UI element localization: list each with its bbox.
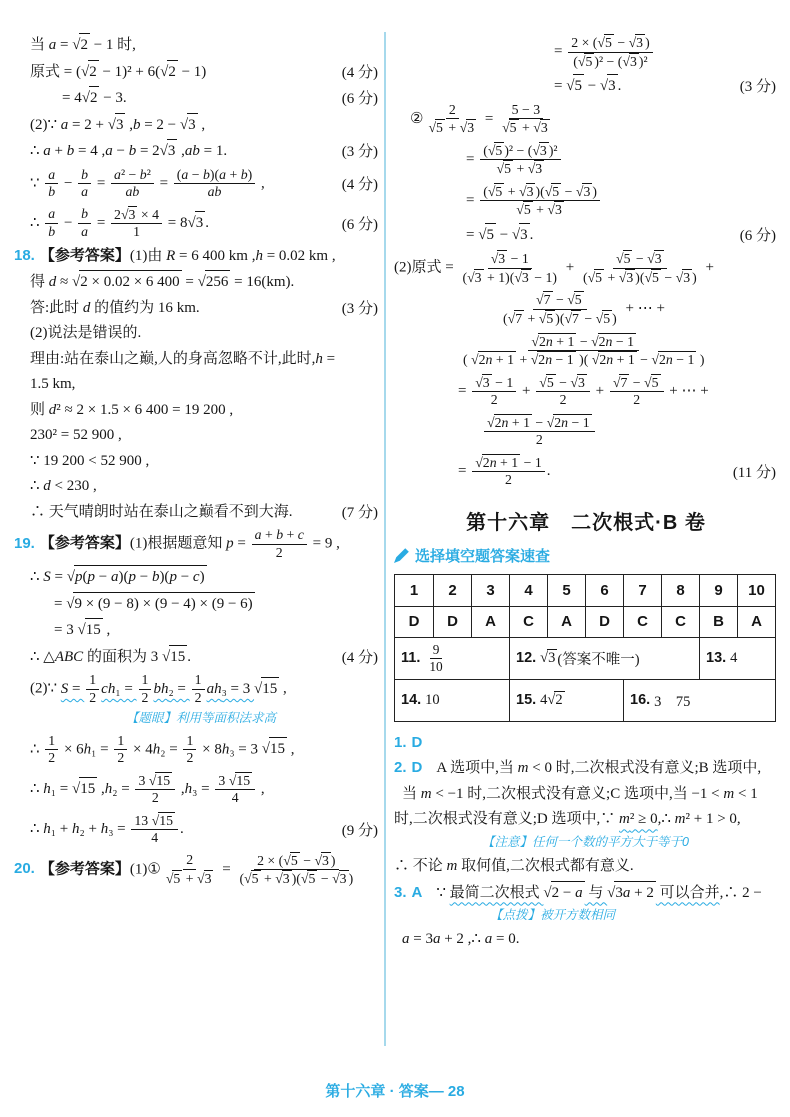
radical: √2 (160, 60, 178, 84)
score-points: (7 分) (336, 501, 380, 522)
math-line: 则 d² ≈ 2 × 1.5 × 6 400 = 19 200 , (14, 399, 380, 422)
fraction: √5 − √3(√5 + √3)(√5 − √3) (580, 250, 700, 286)
radical: √7 (536, 291, 552, 309)
line-text: (2)原式 = √3 − 1(√3 + 1)(√3 − 1) + √5 − √3… (394, 249, 778, 287)
math-line: ∴ ab − ba = 2√3 × 41 = 8√3.(6 分) (14, 205, 380, 242)
page-footer: 第十六章 · 答案— 28 (0, 1080, 790, 1101)
radical: √3 (540, 649, 557, 667)
radical: √5 (244, 870, 260, 888)
score-points: (4 分) (336, 61, 380, 82)
radical: √3a + 2 (607, 881, 656, 905)
radical: √3 (514, 269, 530, 287)
line-text: 得 d ≈ √2 × 0.02 × 6 400 = √256 = 16(km). (14, 270, 380, 294)
table-header-cell: 10 (737, 575, 775, 606)
radical: √2n − 1 (591, 333, 636, 351)
answer-item-line: 20.【参考答案】(1)①2√5 + √3 = 2 × (√5 − √3)(√5… (14, 851, 380, 889)
radical: √3 (619, 269, 635, 287)
teacher-note: 【点拨】被开方数相同 (394, 907, 778, 923)
radical: √3 (532, 142, 548, 160)
teacher-note: 【题眼】利用等面积法求高 (14, 710, 380, 726)
table-header-cell: 7 (623, 575, 661, 606)
radical: √5 (644, 269, 660, 287)
radical: √3 (197, 870, 213, 888)
line-text: ∴ 不论 m 取何值,二次根式都有意义. (394, 855, 778, 878)
table-fill-cell: 16.3 75 (623, 679, 775, 721)
table-answer-cell: D (395, 606, 433, 637)
line-text: = √5 − √3. (394, 74, 734, 98)
line-text: √2n + 1 − √2n − 1( √2n + 1 + √2n − 1 )( … (394, 332, 778, 370)
radical: √15 (77, 618, 102, 642)
score-points: (3 分) (336, 140, 380, 161)
line-text: = √5 − √3. (394, 223, 734, 247)
radical: √5 (566, 74, 584, 98)
line-text: 1.D (394, 732, 778, 755)
score-points: (11 分) (727, 461, 778, 482)
math-line: ∴ △ABC 的面积为 3 √15.(4 分) (14, 645, 380, 669)
line-text: = 3 √15 , (14, 618, 380, 642)
radical: √3 (475, 374, 491, 392)
line-text: ∵ 19 200 < 52 900 , (14, 450, 380, 473)
fraction: √2n + 1 − √2n − 1( √2n + 1 + √2n − 1 )( … (460, 333, 707, 369)
line-text: 理由:站在泰山之巅,人的身高忽略不计,此时,h = (14, 348, 380, 371)
line-text: (2)说法是错误的. (14, 322, 380, 345)
line-text: ∴ h₁ = √15 ,h₂ = 3 √152 ,h₃ = 3 √154 , (14, 771, 380, 808)
radical: √256 (198, 270, 231, 294)
fraction: 2 × (√5 − √3)(√5)² − (√3)² (568, 34, 652, 70)
line-text: 3.A∵ 最简二次根式 √2 − a 与 √3a + 2 可以合并,∴ 2 − (394, 881, 778, 905)
question-number: 18. (14, 247, 35, 264)
radical: √7 (564, 310, 580, 328)
radical: √5 (616, 250, 632, 268)
table-answer-cell: C (623, 606, 661, 637)
math-line: ∴ h₁ + h₂ + h₃ = 13 √154.(9 分) (14, 811, 380, 848)
radical: √3 (275, 870, 291, 888)
fraction: 910 (426, 642, 445, 675)
fraction: 12 (192, 672, 205, 706)
question-number: 20. (14, 860, 35, 877)
question-number: 13. (706, 650, 726, 666)
score-points: (6 分) (734, 224, 778, 245)
line-text: = √9 × (9 − 8) × (9 − 4) × (9 − 6) (14, 592, 380, 616)
table-header-cell: 8 (661, 575, 699, 606)
table-fill-cell: 12.√3(答案不唯一) (509, 637, 699, 679)
answer-item-line: 1.D (394, 732, 778, 755)
line-text: 19.【参考答案】(1)根据题意知 p = a + b + c2 = 9 , (14, 526, 380, 562)
line-text: ∴ ab − ba = 2√3 × 41 = 8√3. (14, 205, 336, 242)
score-points: (4 分) (336, 646, 380, 667)
line-text: 当 a = √2 − 1 时, (14, 33, 380, 57)
chapter-title: 第十六章 二次根式·B 卷 (394, 506, 778, 535)
math-line: = √9 × (9 − 8) × (9 − 4) × (9 − 6) (14, 592, 380, 616)
question-number: 2. (394, 759, 407, 776)
question-number: 3. (394, 884, 407, 901)
radical: √5 (644, 374, 660, 392)
fraction: ab (45, 167, 58, 201)
fraction: 12 (183, 733, 196, 767)
math-line: = √3 − 12 + √5 − √32 + √7 − √52 + ⋯ + (394, 373, 778, 410)
radical: √2n − 1 (531, 351, 576, 369)
line-text: 230² = 52 900 , (14, 424, 380, 447)
table-fill-cell: 13.4 (699, 637, 775, 679)
fraction: 3 √154 (215, 772, 255, 807)
line-text: (2)∵ a = 2 + √3 ,b = 2 − √3 , (14, 113, 380, 137)
math-line: = 3 √15 , (14, 618, 380, 642)
teacher-note: 【注意】任何一个数的平方大于等于0 (394, 834, 778, 850)
line-text: a = 3a + 2 ,∴ a = 0. (394, 928, 778, 951)
line-text: ∴ h₁ + h₂ + h₃ = 13 √154. (14, 811, 336, 848)
line-text: ∴ △ABC 的面积为 3 √15. (14, 645, 336, 669)
table-answer-cell: C (509, 606, 547, 637)
math-line: = √2n + 1 − 12.(11 分) (394, 453, 778, 490)
math-line: 230² = 52 900 , (14, 424, 380, 447)
radical: √3 (121, 206, 137, 224)
table-header-cell: 6 (585, 575, 623, 606)
fraction: √7 − √52 (610, 374, 664, 409)
answer-letter: A (412, 884, 423, 901)
table-fill-cell: 15.4√2 (509, 679, 623, 721)
math-line: 原式 = (√2 − 1)² + 6(√2 − 1)(4 分) (14, 60, 380, 84)
answer-quick-table: 12345678910DDACADCCBA11.91012.√3(答案不唯一)1… (394, 574, 776, 722)
column-divider (384, 32, 386, 1046)
fraction: 5 − 3√5 + √3 (499, 102, 553, 137)
radical: √5 (478, 223, 496, 247)
math-line: √7 − √5(√7 + √5)(√7 − √5) + ⋯ + (394, 290, 778, 328)
math-line: = 2 × (√5 − √3)(√5)² − (√3)² (394, 33, 778, 71)
line-text: 时,二次根式没有意义;D 选项中,∵ m² ≥ 0,∴ m² + 1 > 0, (394, 808, 778, 831)
line-text: 答:此时 d 的值约为 16 km. (14, 297, 336, 320)
answer-item-line: 3.A∵ 最简二次根式 √2 − a 与 √3a + 2 可以合并,∴ 2 − (394, 881, 778, 905)
math-line: 理由:站在泰山之巅,人的身高忽略不计,此时,h = (14, 348, 380, 371)
line-text: 则 d² ≈ 2 × 1.5 × 6 400 = 19 200 , (14, 399, 380, 422)
question-number: 16. (630, 692, 650, 708)
line-text: ∴ 12 × 6h₁ = 12 × 4h₂ = 12 × 8h₃ = 3 √15… (14, 732, 380, 768)
radical: √2 − a (543, 881, 584, 905)
left-column: 当 a = √2 − 1 时,原式 = (√2 − 1)² + 6(√2 − 1… (14, 30, 380, 1070)
wavy-underline: S = 12ch₁ = 12bh₂ = 12ah₃ = 3 √15 (61, 681, 279, 697)
line-text: 2.DA 选项中,当 m < 0 时,二次根式没有意义;B 选项中, (394, 757, 778, 780)
question-number: 15. (516, 692, 536, 708)
math-line: ∴ h₁ = √15 ,h₂ = 3 √152 ,h₃ = 3 √154 , (14, 771, 380, 808)
math-line: (2)说法是错误的. (14, 322, 380, 345)
table-answer-cell: A (737, 606, 775, 637)
math-line: 得 d ≈ √2 × 0.02 × 6 400 = √256 = 16(km). (14, 270, 380, 294)
table-header-cell: 4 (509, 575, 547, 606)
line-text: = 4√2 − 3. (14, 86, 336, 110)
math-line: 当 a = √2 − 1 时, (14, 33, 380, 57)
radical: √2n + 1 (531, 333, 576, 351)
table-fill-cell: 11.910 (395, 637, 509, 679)
fraction: √2n + 1 − 12 (472, 454, 545, 489)
radical: √5 (545, 183, 561, 201)
fraction: a + b + c2 (252, 527, 307, 561)
fraction: √5 − √32 (536, 374, 590, 409)
radical: √5 (588, 269, 604, 287)
fraction: 3 √152 (135, 772, 175, 807)
radical: √5 (283, 852, 299, 870)
radical: √15 (254, 677, 279, 701)
radical: √5 (497, 160, 513, 178)
fraction: √3 − 12 (472, 374, 516, 409)
table-answer-cell: D (585, 606, 623, 637)
line-text: = (√5 + √3)(√5 − √3)√5 + √3 (394, 182, 778, 220)
fraction: √3 − 1(√3 + 1)(√3 − 1) (459, 250, 560, 286)
answer-letter: D (412, 734, 423, 751)
right-column: = 2 × (√5 − √3)(√5)² − (√3)²= √5 − √3.(3… (390, 30, 778, 1070)
radical: √3 (314, 852, 330, 870)
fraction: 12 (114, 733, 127, 767)
radical: √3 (519, 183, 535, 201)
line-text: 1.5 km, (14, 373, 380, 396)
line-text: 18.【参考答案】(1)由 R = 6 400 km ,h = 0.02 km … (14, 245, 380, 268)
score-points: (9 分) (336, 819, 380, 840)
math-line: ∴ 天气晴朗时站在泰山之巅看不到大海.(7 分) (14, 501, 380, 524)
math-line: ②2√5 + √3 = 5 − 3√5 + √3 (394, 101, 778, 138)
math-line: (2)∵ a = 2 + √3 ,b = 2 − √3 , (14, 113, 380, 137)
radical: √2n − 1 (547, 414, 592, 432)
math-line: 当 m < −1 时,二次根式没有意义;C 选项中,当 −1 < m < 1 (394, 783, 778, 806)
score-points: (6 分) (336, 213, 380, 234)
radical: √15 (262, 737, 287, 761)
wavy-underline: m² ≥ 0 (619, 811, 658, 827)
fraction: 12 (45, 733, 58, 767)
answer-page: 当 a = √2 − 1 时,原式 = (√2 − 1)² + 6(√2 − 1… (0, 0, 790, 1117)
radical: √3 (533, 119, 549, 137)
radical: √5 (301, 870, 317, 888)
line-text: ②2√5 + √3 = 5 − 3√5 + √3 (394, 101, 778, 138)
fraction: 13 √154 (131, 812, 178, 847)
fraction: ba (78, 206, 91, 240)
radical: √2 (72, 33, 90, 57)
radical: √5 (166, 870, 182, 888)
quick-check-header: 选择填空题答案速查 (394, 545, 778, 566)
radical: √5 (488, 142, 504, 160)
math-line: ∴ S = √p(p − a)(p − b)(p − c) (14, 565, 380, 589)
math-line: ∴ d < 230 , (14, 475, 380, 498)
table-answer-cell: C (661, 606, 699, 637)
line-text: 原式 = (√2 − 1)² + 6(√2 − 1) (14, 60, 336, 84)
wavy-underline: 最简二次根式 √2 − a 与 √3a + 2 可以合并 (450, 885, 720, 901)
table-header-cell: 5 (547, 575, 585, 606)
radical: √3 (547, 201, 563, 219)
radical: √3 (570, 374, 586, 392)
radical: √5 (539, 374, 555, 392)
radical: √5 (488, 183, 504, 201)
fraction: 2√5 + √3 (163, 852, 217, 887)
radical: √15 (149, 772, 172, 790)
math-line: ∴ a + b = 4 ,a − b = 2√3 ,ab = 1.(3 分) (14, 139, 380, 163)
math-line: ∵ 19 200 < 52 900 , (14, 450, 380, 473)
radical: √2 (82, 86, 100, 110)
line-text: = 2 × (√5 − √3)(√5)² − (√3)² (394, 33, 778, 71)
math-line: ∵ ab − ba = a² − b²ab = (a − b)(a + b)ab… (14, 166, 380, 202)
table-answer-cell: A (471, 606, 509, 637)
radical: √3 (600, 74, 618, 98)
math-line: = 4√2 − 3.(6 分) (14, 86, 380, 110)
answer-letter: D (412, 759, 423, 776)
radical: √3 (512, 223, 530, 247)
radical: √15 (72, 777, 97, 801)
line-text: = √2n + 1 − 12. (394, 453, 727, 490)
radical: √3 (187, 211, 205, 235)
math-line: 答:此时 d 的值约为 16 km.(3 分) (14, 297, 380, 320)
radical: √9 × (9 − 8) × (9 − 4) × (9 − 6) (66, 592, 254, 616)
radical: √5 (567, 291, 583, 309)
fraction: 2√5 + √3 (425, 102, 479, 137)
fraction: ba (78, 167, 91, 201)
radical: √7 (613, 374, 629, 392)
math-line: ∴ 12 × 6h₁ = 12 × 4h₂ = 12 × 8h₃ = 3 √15… (14, 732, 380, 768)
radical: √3 (108, 113, 126, 137)
answer-item-line: 19.【参考答案】(1)根据题意知 p = a + b + c2 = 9 , (14, 526, 380, 562)
radical: √5 (516, 201, 532, 219)
line-text: (2)∵ S = 12ch₁ = 12bh₂ = 12ah₃ = 3 √15 , (14, 671, 380, 707)
fraction: 12 (139, 672, 152, 706)
radical: √5 (502, 119, 518, 137)
fraction: a² − b²ab (111, 167, 154, 201)
math-line: 时,二次根式没有意义;D 选项中,∵ m² ≥ 0,∴ m² + 1 > 0, (394, 808, 778, 831)
line-text: ∵ ab − ba = a² − b²ab = (a − b)(a + b)ab… (14, 166, 336, 202)
table-header-cell: 1 (395, 575, 433, 606)
quick-check-label: 选择填空题答案速查 (415, 545, 550, 566)
radical: √3 (160, 139, 178, 163)
line-text: = √3 − 12 + √5 − √32 + √7 − √52 + ⋯ + (394, 373, 778, 410)
radical: √5 (597, 34, 613, 52)
fraction: √7 − √5(√7 + √5)(√7 − √5) (500, 291, 620, 327)
pencil-icon (394, 548, 409, 563)
fraction: (√5 + √3)(√5 − √3)√5 + √3 (480, 183, 600, 219)
math-line: 1.5 km, (14, 373, 380, 396)
math-line: (2)原式 = √3 − 1(√3 + 1)(√3 − 1) + √5 − √3… (394, 249, 778, 287)
radical: √3 (467, 269, 483, 287)
table-header-cell: 9 (699, 575, 737, 606)
line-text: √7 − √5(√7 + √5)(√7 − √5) + ⋯ + (394, 290, 778, 328)
fraction: 2 × (√5 − √3)(√5 + √3)(√5 − √3) (236, 852, 356, 888)
math-line: a = 3a + 2 ,∴ a = 0. (394, 928, 778, 951)
radical: √7 (508, 310, 524, 328)
line-text: ∴ 天气晴朗时站在泰山之巅看不到大海. (14, 501, 336, 524)
answer-item-line: 18.【参考答案】(1)由 R = 6 400 km ,h = 0.02 km … (14, 245, 380, 268)
math-line: √2n + 1 − √2n − 12 (394, 413, 778, 450)
line-text: √2n + 1 − √2n − 12 (394, 413, 778, 450)
score-points: (3 分) (734, 75, 778, 96)
score-points: (3 分) (336, 297, 380, 318)
radical: √15 (152, 812, 175, 830)
math-line: (2)∵ S = 12ch₁ = 12bh₂ = 12ah₃ = 3 √15 , (14, 671, 380, 707)
radical: √2 (81, 60, 99, 84)
radical: √3 (622, 53, 638, 71)
table-answer-cell: D (433, 606, 471, 637)
math-line: ∴ 不论 m 取何值,二次根式都有意义. (394, 855, 778, 878)
radical: √3 (460, 119, 476, 137)
radical: √3 (647, 250, 663, 268)
radical: √2n + 1 (592, 351, 637, 369)
radical: √15 (229, 772, 252, 790)
radical: √2n + 1 (475, 454, 520, 472)
radical: √15 (162, 645, 187, 669)
fraction: (a − b)(a + b)ab (174, 167, 255, 201)
math-line: = (√5)² − (√3)²√5 + √3 (394, 141, 778, 179)
math-line: = √5 − √3.(3 分) (394, 74, 778, 98)
fraction: ab (45, 206, 58, 240)
radical: √p(p − a)(p − b)(p − c) (67, 565, 207, 589)
radical: √5 (428, 119, 444, 137)
question-number: 12. (516, 650, 536, 666)
score-points: (4 分) (336, 173, 380, 194)
radical: √5 (539, 310, 555, 328)
radical: √3 (528, 160, 544, 178)
line-text: ∴ d < 230 , (14, 475, 380, 498)
radical: √2 × 0.02 × 6 400 (72, 270, 182, 294)
question-number: 11. (401, 650, 420, 666)
radical: √5 (596, 310, 612, 328)
radical: √5 (578, 53, 594, 71)
line-text: = (√5)² − (√3)²√5 + √3 (394, 141, 778, 179)
line-text: ∴ S = √p(p − a)(p − b)(p − c) (14, 565, 380, 589)
math-line: √2n + 1 − √2n − 1( √2n + 1 + √2n − 1 )( … (394, 332, 778, 370)
answer-item-line: 2.DA 选项中,当 m < 0 时,二次根式没有意义;B 选项中, (394, 757, 778, 780)
line-text: ∴ a + b = 4 ,a − b = 2√3 ,ab = 1. (14, 139, 336, 163)
radical: √2n + 1 (471, 351, 516, 369)
table-header-cell: 2 (433, 575, 471, 606)
radical: √3 (180, 113, 198, 137)
radical: √2 (547, 691, 564, 709)
question-number: 14. (401, 692, 421, 708)
radical: √2n + 1 (487, 414, 532, 432)
radical: √3 (576, 183, 592, 201)
radical: √3 (491, 250, 507, 268)
score-points: (6 分) (336, 87, 380, 108)
line-text: 当 m < −1 时,二次根式没有意义;C 选项中,当 −1 < m < 1 (394, 783, 778, 806)
fraction: √2n + 1 − √2n − 12 (484, 414, 595, 449)
two-column-layout: 当 a = √2 − 1 时,原式 = (√2 − 1)² + 6(√2 − 1… (14, 30, 778, 1070)
radical: √3 (676, 269, 692, 287)
fraction: (√5)² − (√3)²√5 + √3 (480, 142, 560, 178)
table-answer-cell: B (699, 606, 737, 637)
table-fill-cell: 14.10 (395, 679, 509, 721)
table-answer-cell: A (547, 606, 585, 637)
question-number: 19. (14, 535, 35, 552)
radical: √2n − 1 (651, 351, 696, 369)
radical: √3 (629, 34, 645, 52)
fraction: 2√3 × 41 (111, 206, 162, 241)
line-text: 20.【参考答案】(1)①2√5 + √3 = 2 × (√5 − √3)(√5… (14, 851, 380, 889)
fraction: 12 (86, 672, 99, 706)
math-line: = (√5 + √3)(√5 − √3)√5 + √3 (394, 182, 778, 220)
radical: √3 (332, 870, 348, 888)
table-header-cell: 3 (471, 575, 509, 606)
math-line: = √5 − √3.(6 分) (394, 223, 778, 247)
question-number: 1. (394, 734, 407, 751)
